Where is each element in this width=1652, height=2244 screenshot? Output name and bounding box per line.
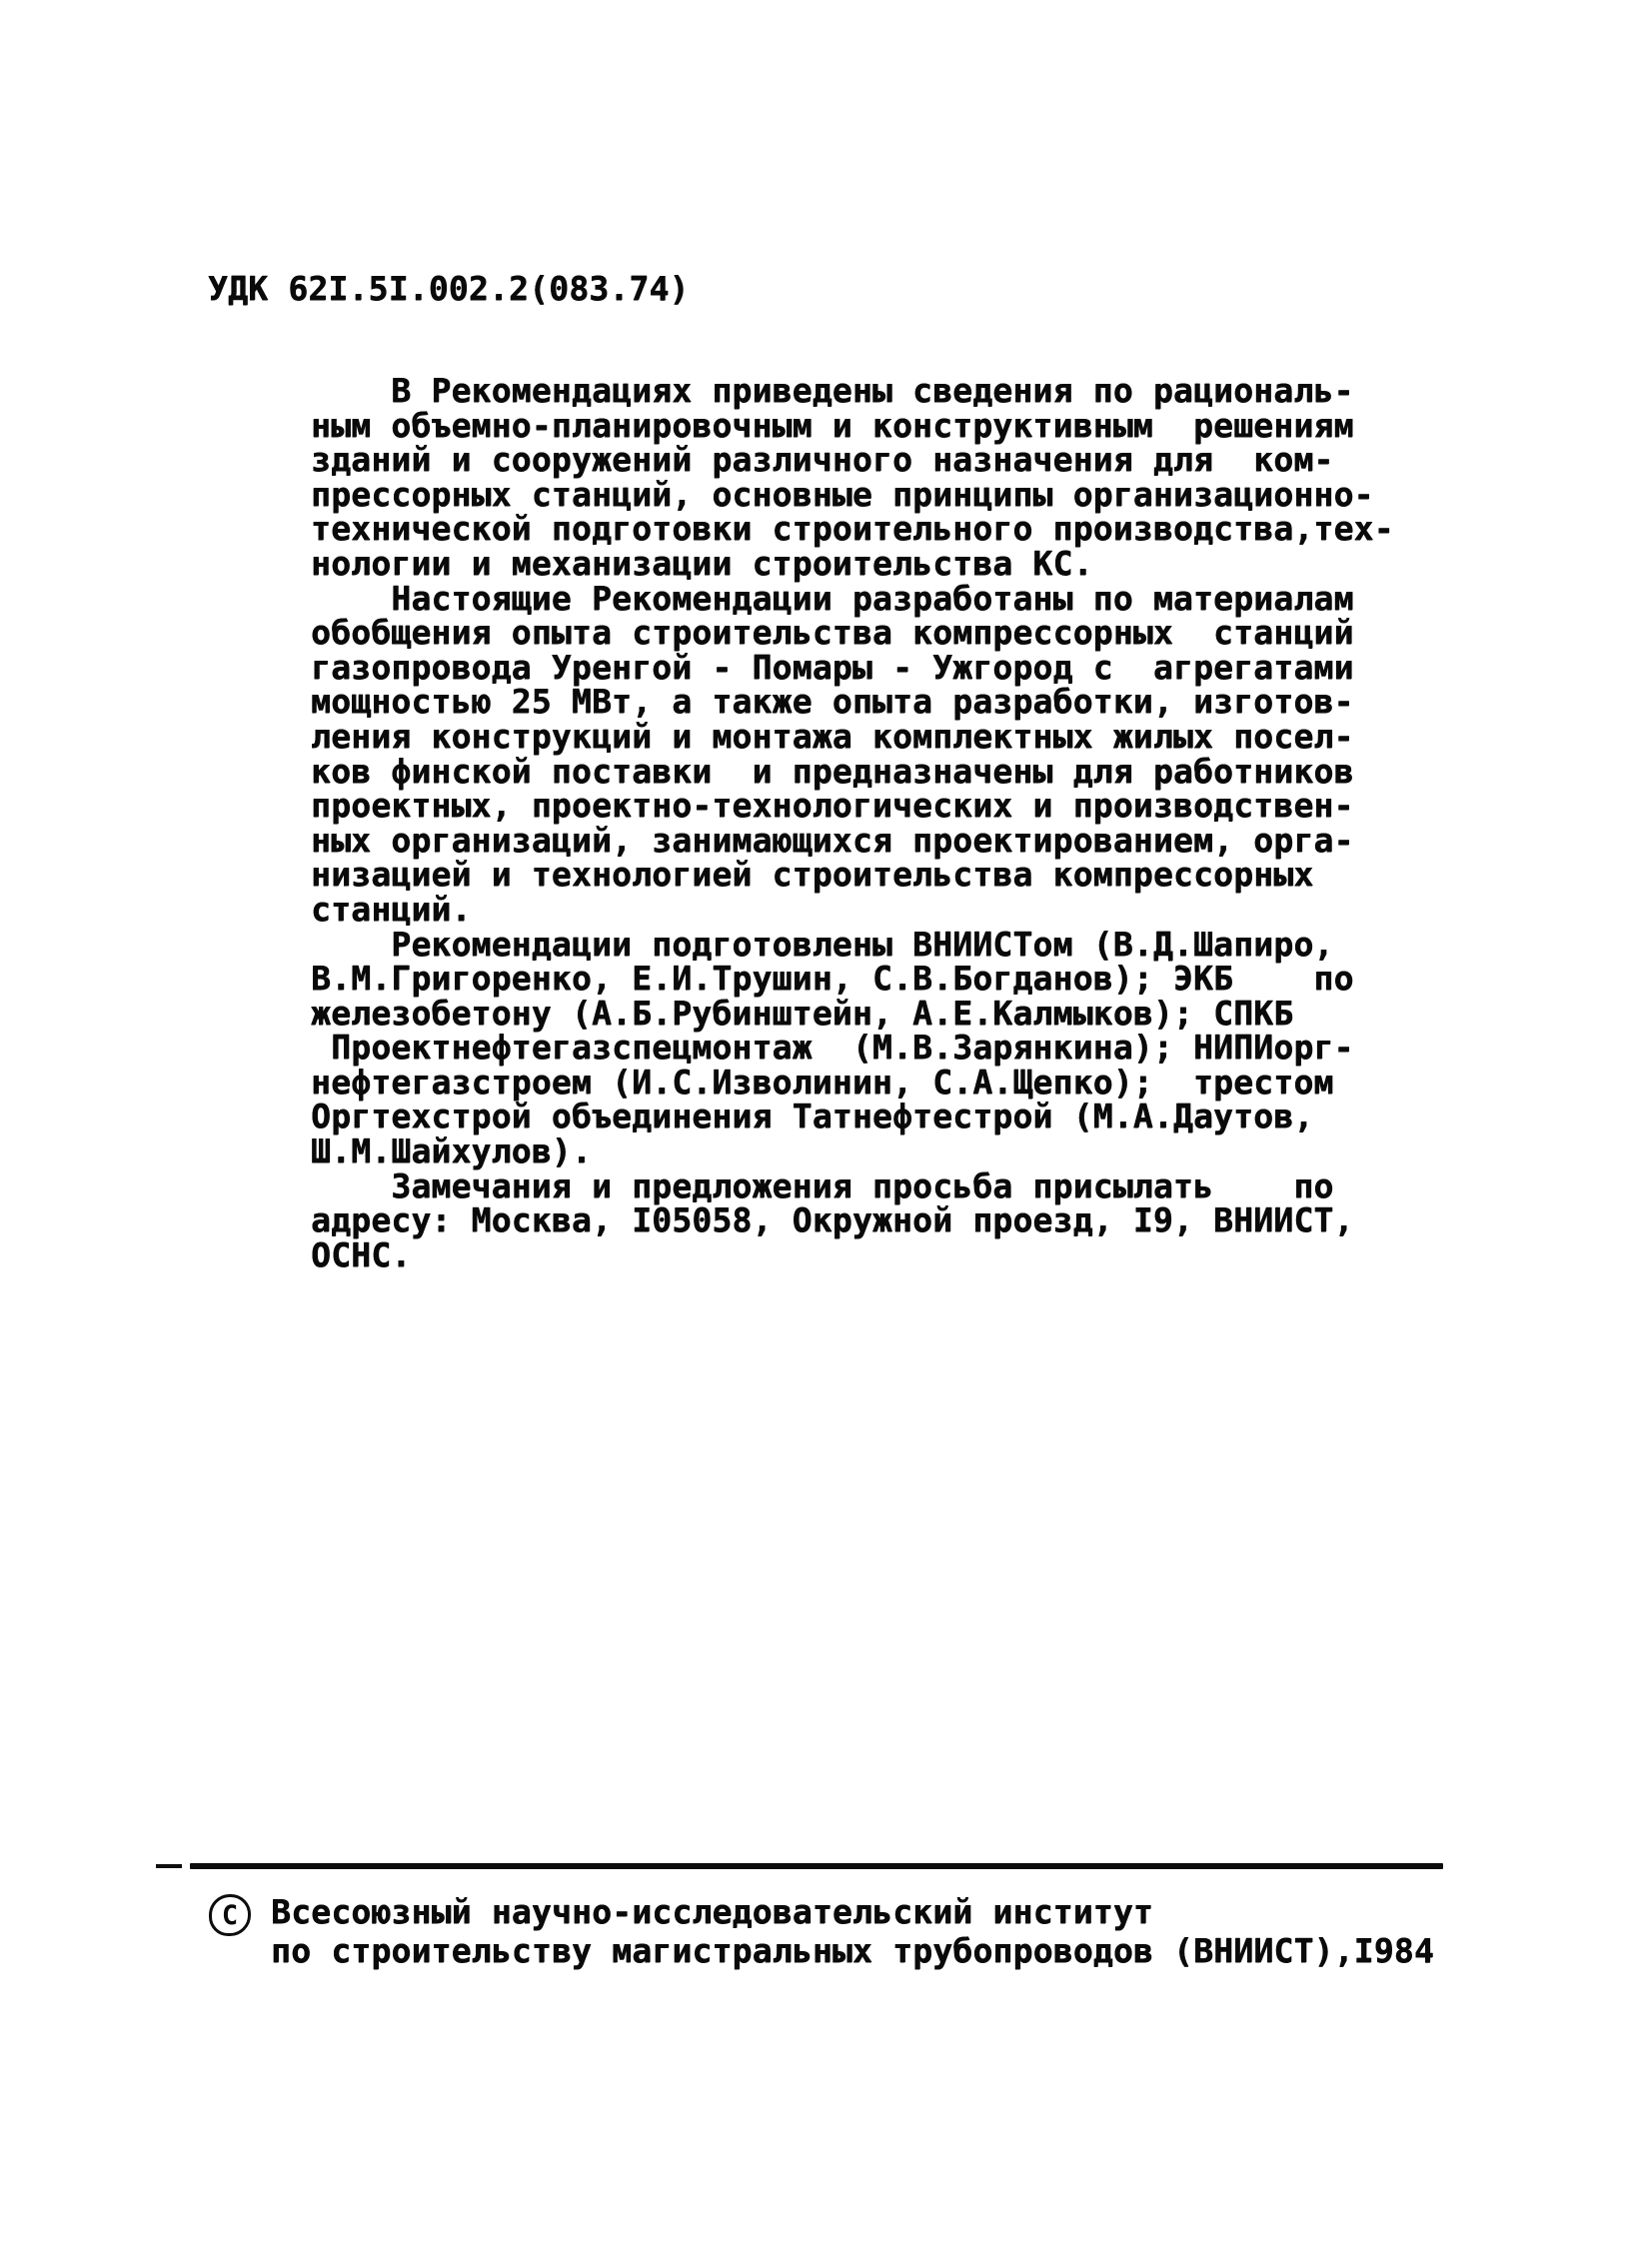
udc-classification: УДК 62I.5I.002.2(083.74) [208,272,690,307]
copyright-text: Всесоюзный научно-исследовательский инст… [271,1892,1434,1970]
paragraph-abstract: В Рекомендациях приведены сведения по ра… [311,374,1394,582]
paragraph-feedback-address: Замечания и предложения просьба присылат… [311,1169,1394,1273]
scanned-document-page: УДК 62I.5I.002.2(083.74) В Рекомендациях… [0,0,1652,2244]
copyright-icon: С [209,1894,251,1936]
document-body: В Рекомендациях приведены сведения по ра… [311,374,1394,1272]
footer-divider-rule [190,1863,1443,1869]
paragraph-development-basis: Настоящие Рекомендации разработаны по ма… [311,582,1394,928]
paragraph-authors: Рекомендации подготовлены ВНИИСТом (В.Д.… [311,928,1394,1169]
copyright-letter: С [222,1900,238,1931]
